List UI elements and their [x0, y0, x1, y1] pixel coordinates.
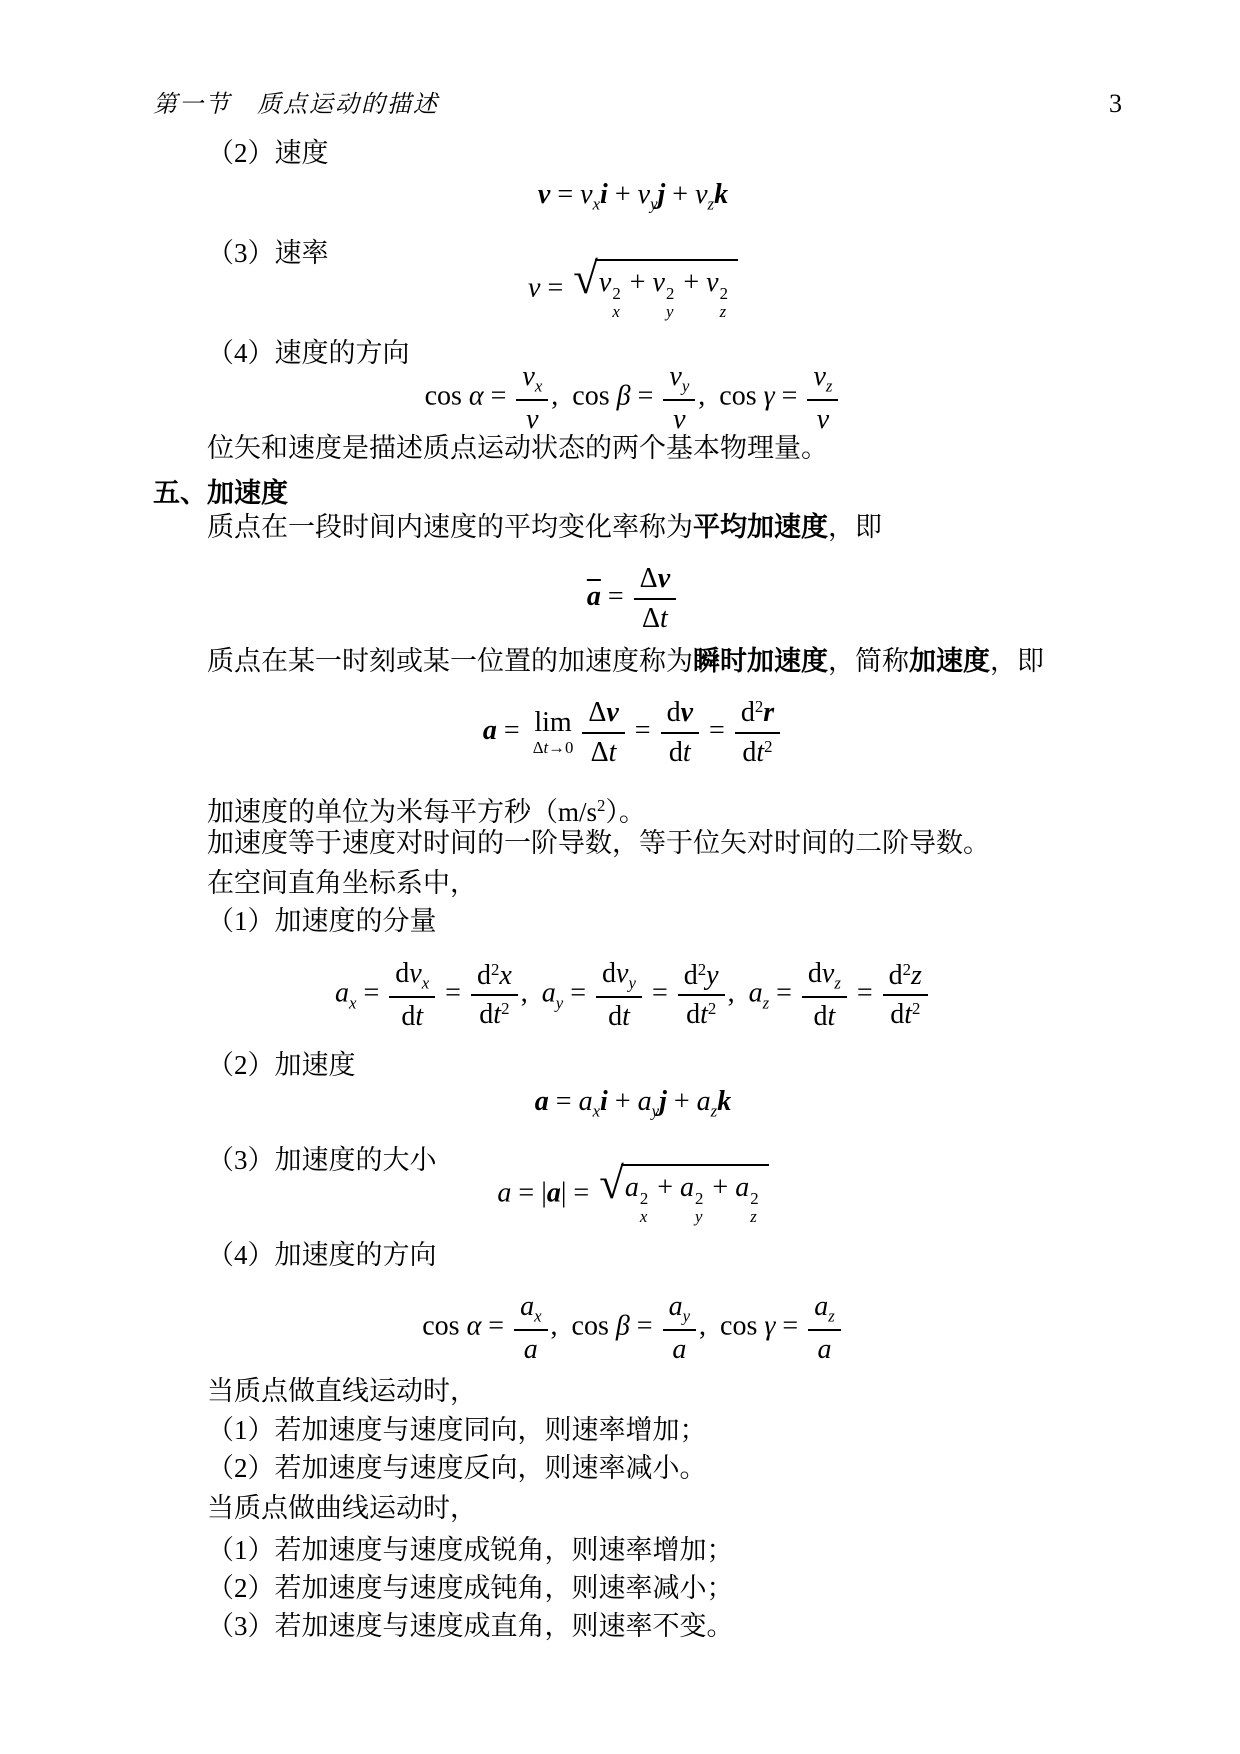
para-derivative-relation: 加速度等于速度对时间的一阶导数，等于位矢对时间的二阶导数。 — [207, 824, 990, 862]
list-item-curved-3: （3）若加速度与速度成直角，则速率不变。 — [207, 1607, 734, 1645]
item-label-acceleration: （2）加速度 — [207, 1046, 356, 1084]
section-heading-acceleration: 五、加速度 — [153, 474, 288, 512]
formula-acceleration-vector: a = axi + ayj + azk — [153, 1085, 1113, 1122]
list-item-linear-2: （2）若加速度与速度反向，则速率减小。 — [207, 1449, 707, 1487]
formula-acceleration-components: ax = dvxdt = d2xdt2, ay = dvydt = d2ydt2… — [153, 957, 1113, 1033]
formula-instant-acceleration: a = limΔt→0ΔvΔt = dvdt = d2rdt2 — [153, 696, 1113, 769]
page-header: 第一节 质点运动的描述 3 — [153, 84, 1122, 119]
para-coordinate-system: 在空间直角坐标系中， — [207, 864, 477, 902]
section-header: 第一节 质点运动的描述 — [153, 84, 439, 119]
item-label-acceleration-components: （1）加速度的分量 — [207, 902, 437, 940]
item-label-velocity: （2）速度 — [207, 134, 329, 172]
para-instant-acceleration: 质点在某一时刻或某一位置的加速度称为瞬时加速度，简称加速度，即 — [207, 642, 1044, 680]
para-curved-motion: 当质点做曲线运动时， — [207, 1489, 477, 1527]
list-item-curved-2: （2）若加速度与速度成钝角，则速率减小； — [207, 1569, 734, 1607]
para-average-acceleration: 质点在一段时间内速度的平均变化率称为平均加速度，即 — [207, 508, 882, 546]
para-linear-motion: 当质点做直线运动时， — [207, 1372, 477, 1410]
textbook-page: 第一节 质点运动的描述 3 （2）速度 v = vxi + vyj + vzk … — [0, 0, 1240, 1754]
formula-acceleration-direction: cos α = axa, cos β = aya, cos γ = aza — [153, 1290, 1113, 1366]
list-item-linear-1: （1）若加速度与速度同向，则速率增加； — [207, 1411, 707, 1449]
formula-velocity-components: v = vxi + vyj + vzk — [153, 178, 1113, 215]
formula-velocity-direction: cos α = vxv, cos β = vyv, cos γ = vzv — [153, 360, 1113, 436]
page-number: 3 — [1109, 89, 1122, 119]
item-label-acceleration-direction: （4）加速度的方向 — [207, 1236, 437, 1274]
list-item-curved-1: （1）若加速度与速度成锐角，则速率增加； — [207, 1531, 734, 1569]
formula-acceleration-magnitude: a = |a| = √a2x + a2y + a2z — [153, 1164, 1113, 1226]
formula-average-acceleration: a = ΔvΔt — [153, 562, 1113, 635]
para-basic-quantities: 位矢和速度是描述质点运动状态的两个基本物理量。 — [207, 429, 828, 467]
formula-speed: v = √v2x + v2y + v2z — [153, 259, 1113, 321]
